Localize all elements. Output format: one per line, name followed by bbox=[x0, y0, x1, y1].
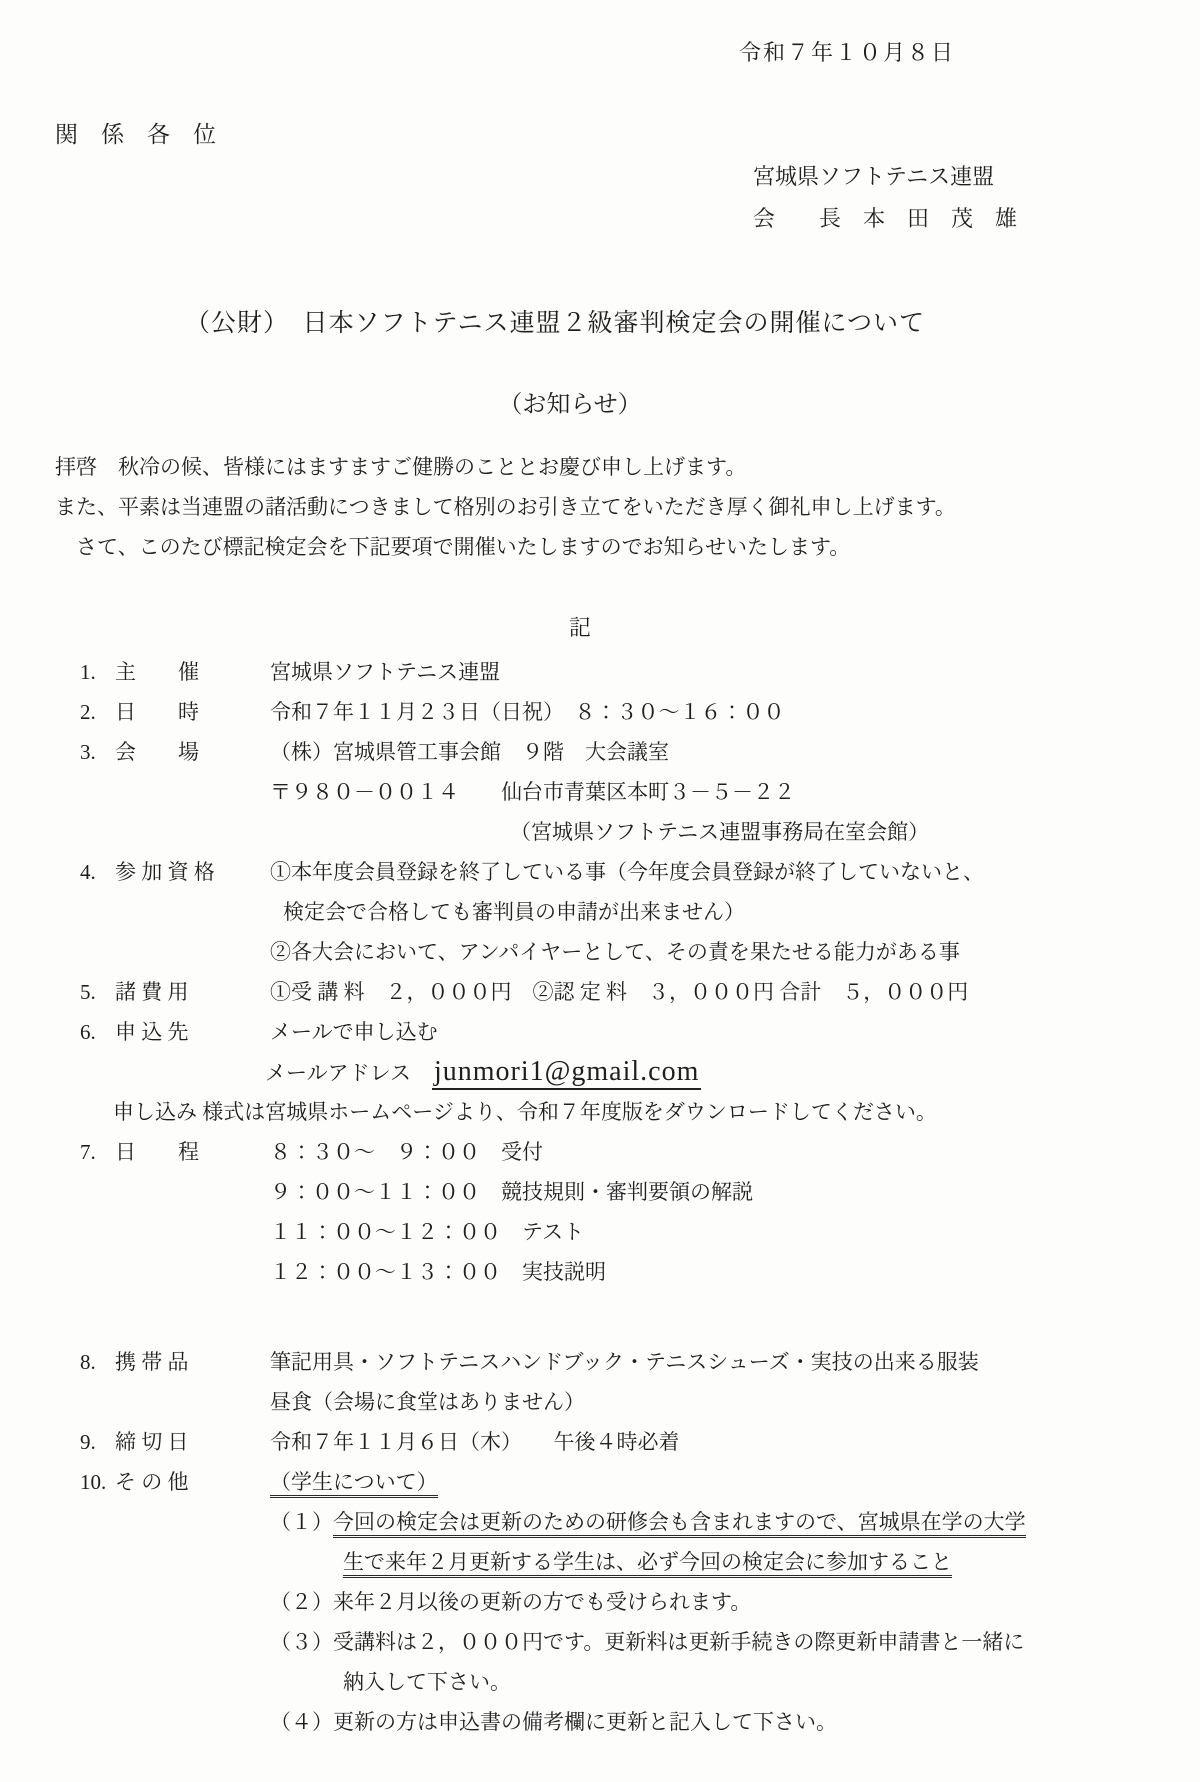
schedule-slot-1: ８：３０～ ９：００ 受付 bbox=[270, 1140, 543, 1164]
sub-1-text-continued: 生で来年２月更新する学生は、必ず今回の検定会に参加すること bbox=[343, 1550, 952, 1578]
item-label: 日 時 bbox=[115, 692, 270, 732]
greeting-line-2: また、平素は当連盟の諸活動につきまして格別のお引き立てをいただき厚く御礼申し上げ… bbox=[55, 487, 956, 527]
schedule-slot-4: １２：００～１３：００ 実技説明 bbox=[0, 1252, 1200, 1292]
item-eligibility: 4.参 加 資 格①本年度会員登録を終了している事（今年度会員登録が終了していな… bbox=[0, 852, 1200, 892]
item-label: 日 程 bbox=[115, 1132, 270, 1172]
email-address: junmori1@gmail.com bbox=[432, 1056, 701, 1090]
item-fees: 5.諸 費 用①受 講 料 ２，０００円 ②認 定 料 ３，０００円 合計 ５，… bbox=[0, 972, 1200, 1012]
application-form-note: 申し込み 様式は宮城県ホームページより、令和７年度版をダウンロードしてください。 bbox=[0, 1092, 1200, 1132]
other-heading: （学生について） bbox=[270, 1470, 438, 1498]
item-datetime: 2.日 時令和７年１１月２３日（日祝） ８：３０～１６：００ bbox=[0, 692, 1200, 732]
other-sub-1-line-2: 生で来年２月更新する学生は、必ず今回の検定会に参加すること bbox=[0, 1542, 1200, 1582]
item-label: 締 切 日 bbox=[115, 1422, 270, 1462]
issue-date: 令和７年１０月８日 bbox=[739, 36, 955, 67]
belongings-line-2: 昼食（会場に食堂はありません） bbox=[0, 1382, 1200, 1422]
item-number: 7. bbox=[80, 1132, 115, 1172]
item-deadline: 9.締 切 日令和７年１１月６日（木） 午後４時必着 bbox=[0, 1422, 1200, 1462]
notice-items: 1.主 催宮城県ソフトテニス連盟 2.日 時令和７年１１月２３日（日祝） ８：３… bbox=[0, 652, 1200, 1742]
item-number: 5. bbox=[80, 972, 115, 1012]
email-label: メールアドレス bbox=[265, 1061, 411, 1085]
item-value: ①本年度会員登録を終了している事（今年度会員登録が終了していないと、 bbox=[270, 860, 984, 884]
other-sub-2: （２）来年２月以後の更新の方でも受けられます。 bbox=[0, 1582, 1200, 1622]
item-number: 8. bbox=[80, 1342, 115, 1382]
item-value: 筆記用具・ソフトテニスハンドブック・テニスシューズ・実技の出来る服装 bbox=[270, 1350, 979, 1374]
sub-1-marker: （１） bbox=[270, 1510, 333, 1534]
item-value: 宮城県ソフトテニス連盟 bbox=[270, 660, 500, 684]
sub-1-text: 今回の検定会は更新のための研修会も含まれますので、宮城県在学の大学 bbox=[333, 1510, 1026, 1538]
greeting-line-3: さて、このたび標記検定会を下記要項で開催いたしますのでお知らせいたします。 bbox=[55, 527, 956, 567]
item-venue: 3.会 場（株）宮城県管工事会館 ９階 大会議室 bbox=[0, 732, 1200, 772]
sender-block: 宮城県ソフトテニス連盟 会 長 本 田 茂 雄 bbox=[753, 156, 1017, 240]
item-number: 10. bbox=[80, 1462, 115, 1502]
greeting-line-1: 拝啓 秋冷の候、皆様にはますますご健勝のこととお慶び申し上げます。 bbox=[55, 447, 956, 487]
eligibility-line-3: ②各大会において、アンパイヤーとして、その責を果たせる能力がある事 bbox=[0, 932, 1200, 972]
item-host: 1.主 催宮城県ソフトテニス連盟 bbox=[0, 652, 1200, 692]
document-title: （公財） 日本ソフトテニス連盟２級審判検定会の開催について bbox=[0, 303, 1110, 339]
item-number: 9. bbox=[80, 1422, 115, 1462]
schedule-slot-3: １１：００～１２：００ テスト bbox=[0, 1212, 1200, 1252]
item-application: 6.申 込 先メールで申し込む bbox=[0, 1012, 1200, 1052]
scanned-notice-document: 令和７年１０月８日 関 係 各 位 宮城県ソフトテニス連盟 会 長 本 田 茂 … bbox=[0, 0, 1200, 1782]
item-label: そ の 他 bbox=[115, 1462, 270, 1502]
eligibility-line-2: 検定会で合格しても審判員の申請が出来ません） bbox=[0, 892, 1200, 932]
recipient-line: 関 係 各 位 bbox=[55, 116, 216, 149]
item-value: ①受 講 料 ２，０００円 ②認 定 料 ３，０００円 合計 ５，０００円 bbox=[270, 980, 968, 1004]
other-sub-3-line-1: （３）受講料は２，０００円です。更新料は更新手続きの際更新申請書と一緒に bbox=[0, 1622, 1200, 1662]
document-subtitle: （お知らせ） bbox=[0, 384, 1140, 419]
greeting-paragraph: 拝啓 秋冷の候、皆様にはますますご健勝のこととお慶び申し上げます。 また、平素は… bbox=[55, 447, 956, 567]
item-number: 6. bbox=[80, 1012, 115, 1052]
item-schedule: 7.日 程８：３０～ ９：００ 受付 bbox=[0, 1132, 1200, 1172]
item-number: 2. bbox=[80, 692, 115, 732]
item-label: 携 帯 品 bbox=[115, 1342, 270, 1382]
item-label: 申 込 先 bbox=[115, 1012, 270, 1052]
item-value: 令和７年１１月６日（木） 午後４時必着 bbox=[270, 1430, 680, 1454]
section-gap bbox=[0, 1292, 1200, 1342]
item-label: 参 加 資 格 bbox=[115, 852, 270, 892]
other-sub-3-line-2: 納入して下さい。 bbox=[0, 1662, 1200, 1702]
item-other: 10.そ の 他（学生について） bbox=[0, 1462, 1200, 1502]
item-label: 主 催 bbox=[115, 652, 270, 692]
other-sub-4: （４）更新の方は申込書の備考欄に更新と記入して下さい。 bbox=[0, 1702, 1200, 1742]
sender-organization: 宮城県ソフトテニス連盟 bbox=[753, 156, 1017, 198]
item-number: 3. bbox=[80, 732, 115, 772]
sender-president: 会 長 本 田 茂 雄 bbox=[753, 198, 1017, 240]
item-number: 4. bbox=[80, 852, 115, 892]
venue-address: 〒９８０－００１４ 仙台市青葉区本町３－５－２２ bbox=[0, 772, 1200, 812]
item-value: 令和７年１１月２３日（日祝） ８：３０～１６：００ bbox=[270, 700, 785, 724]
application-email-line: メールアドレス junmori1@gmail.com bbox=[0, 1052, 1200, 1092]
item-value: （株）宮城県管工事会館 ９階 大会議室 bbox=[270, 740, 669, 764]
other-sub-1-line-1: （１）今回の検定会は更新のための研修会も含まれますので、宮城県在学の大学 bbox=[0, 1502, 1200, 1542]
venue-address-note: （宮城県ソフトテニス連盟事務局在室会館） bbox=[0, 812, 1200, 852]
item-belongings: 8.携 帯 品筆記用具・ソフトテニスハンドブック・テニスシューズ・実技の出来る服… bbox=[0, 1342, 1200, 1382]
schedule-slot-2: ９：００～１１：００ 競技規則・審判要領の解説 bbox=[0, 1172, 1200, 1212]
item-label: 諸 費 用 bbox=[115, 972, 270, 1012]
item-label: 会 場 bbox=[115, 732, 270, 772]
item-value: メールで申し込む bbox=[270, 1020, 438, 1044]
record-marker: 記 bbox=[0, 608, 1160, 648]
item-number: 1. bbox=[80, 652, 115, 692]
